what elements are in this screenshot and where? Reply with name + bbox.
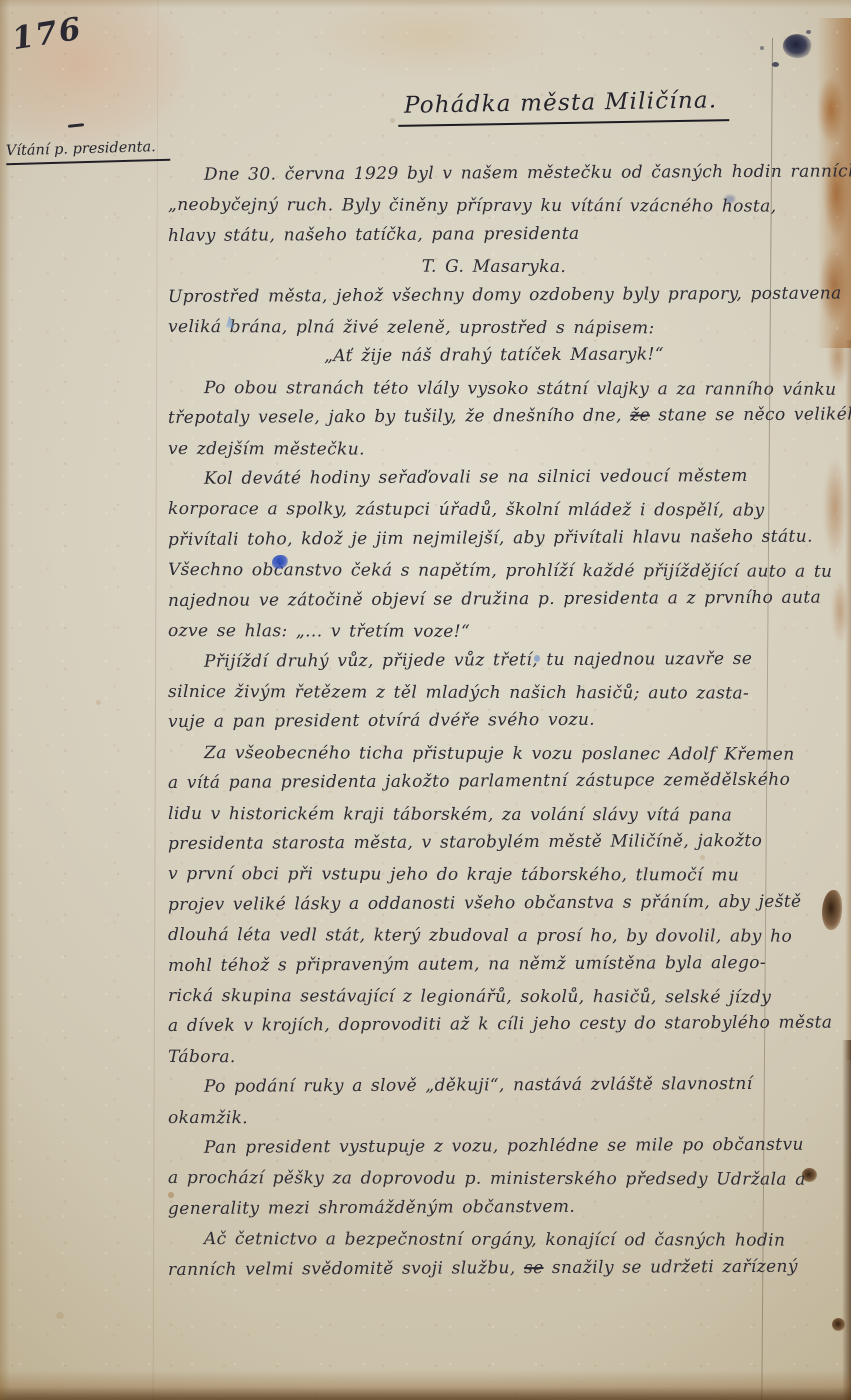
- stain: [0, 0, 851, 8]
- manuscript-line: Pan president vystupuje z vozu, pozhlédn…: [168, 1130, 820, 1164]
- margin-note: Vítání p. presidenta.: [6, 139, 171, 166]
- ink-blot: [806, 30, 811, 34]
- manuscript-line: třepotaly vesele, jako by tušily, že dne…: [168, 400, 820, 434]
- stain: [845, 340, 851, 1060]
- ink-blot: [772, 62, 779, 67]
- manuscript-line: najednou ve zátočině objeví se družina p…: [168, 582, 820, 616]
- left-margin-crease: [153, 0, 159, 1400]
- manuscript-line: Přijíždí druhý vůz, přijede vůz třetí, t…: [168, 643, 820, 677]
- stain: [56, 1312, 64, 1319]
- manuscript-line: Uprostřed města, jehož všechny domy ozdo…: [168, 278, 820, 312]
- struck-word: že: [630, 406, 650, 426]
- manuscript-line: a vítá pana presidenta jakožto parlament…: [168, 765, 820, 799]
- stain: [300, 0, 560, 80]
- manuscript-line: přivítali toho, kdož je jim nejmilejší, …: [168, 521, 820, 555]
- manuscript-line: projev veliké lásky a oddanosti všeho ob…: [168, 886, 820, 920]
- stain: [0, 0, 10, 1400]
- manuscript-line: generality mezi shromážděným občanstvem.: [168, 1190, 820, 1224]
- stain: [818, 78, 844, 142]
- struck-word: se: [524, 1258, 544, 1278]
- manuscript-line: vuje a pan president otvírá dvéře svého …: [168, 704, 820, 738]
- manuscript-line: a dívek v krojích, doprovoditi až k cíli…: [168, 1008, 820, 1042]
- manuscript-line: Po podání ruky a slově „děkuji“, nastává…: [168, 1069, 820, 1103]
- ink-blot: [781, 31, 814, 61]
- manuscript-line: mohl téhož s připraveným autem, na němž …: [168, 947, 820, 981]
- stain: [822, 890, 842, 930]
- stain: [390, 118, 395, 123]
- margin-dash-mark: [68, 123, 84, 128]
- manuscript-body: Dne 30. června 1929 byl v našem městečku…: [168, 160, 820, 1285]
- ink-blot: [760, 46, 764, 50]
- stain: [832, 1318, 845, 1331]
- manuscript-line: Dne 30. června 1929 byl v našem městečku…: [168, 157, 820, 191]
- manuscript-line: Kol deváté hodiny seřaďovali se na silni…: [168, 461, 820, 495]
- stain: [842, 1040, 851, 1400]
- stain: [0, 1370, 851, 1400]
- chronicle-page: 176 Vítání p. presidenta. Pohádka města …: [0, 0, 851, 1400]
- stain: [824, 460, 846, 556]
- manuscript-line: „Ať žije náš drahý tatíček Masaryk!“: [168, 339, 820, 373]
- stain: [832, 580, 848, 642]
- manuscript-line: hlavy státu, našeho tatíčka, pana presid…: [168, 217, 820, 251]
- page-number: 176: [10, 11, 85, 58]
- document-title: Pohádka města Miličína.: [398, 87, 730, 127]
- manuscript-line: presidenta starosta města, v starobylém …: [168, 826, 820, 860]
- stain: [96, 700, 101, 705]
- manuscript-line: ranních velmi svědomitě svoji službu, se…: [168, 1251, 820, 1285]
